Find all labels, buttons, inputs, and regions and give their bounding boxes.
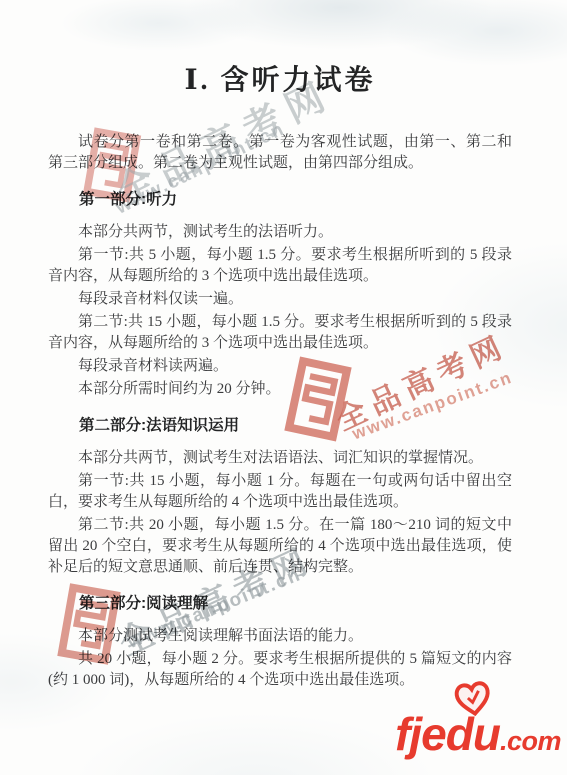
doc-paragraph: 每段录音材料仅读一遍。: [48, 289, 512, 310]
document-content: Ⅰ. 含听力试卷 试卷分第一卷和第二卷。第一卷为客观性试题，由第一、第二和第三部…: [0, 0, 567, 691]
doc-paragraph: 第一节:共 5 小题，每小题 1.5 分。要求考生根据所听到的 5 段录音内容，…: [48, 245, 512, 287]
doc-paragraph: 第二节:共 20 小题，每小题 1.5 分。在一篇 180～210 词的短文中留…: [48, 515, 512, 578]
fjedu-logo: fjedu.com: [395, 707, 561, 761]
doc-paragraph: 本部分共两节，测试考生的法语听力。: [48, 222, 512, 243]
doc-paragraph: 共 20 小题，每小题 2 分。要求考生根据所提供的 5 篇短文的内容(约 1 …: [48, 649, 512, 691]
doc-paragraph: 每段录音材料读两遍。: [48, 356, 512, 377]
doc-paragraph: 第一节:共 15 小题，每小题 1 分。每题在一句或两句话中留出空白，要求考生从…: [48, 471, 512, 513]
scanned-document-page: Ⅰ. 含听力试卷 试卷分第一卷和第二卷。第一卷为客观性试题，由第一、第二和第三部…: [0, 0, 567, 775]
doc-paragraph: 试卷分第一卷和第二卷。第一卷为客观性试题，由第一、第二和第三部分组成。第二卷为主…: [48, 132, 512, 174]
heart-icon: [451, 678, 496, 719]
doc-paragraph: 第二节:共 15 小题，每小题 1.5 分。要求考生根据所听到的 5 段录音内容…: [48, 312, 512, 354]
doc-paragraph: 本部分共两节，测试考生对法语语法、词汇知识的掌握情况。: [48, 448, 512, 469]
doc-paragraph: 本部分所需时间约为 20 分钟。: [48, 379, 512, 400]
section-heading-part-2: 第二部分:法语知识运用: [48, 415, 512, 436]
doc-paragraph: 本部分测试考生阅读理解书面法语的能力。: [48, 626, 512, 647]
page-title: Ⅰ. 含听力试卷: [48, 64, 512, 98]
section-heading-part-3: 第三部分:阅读理解: [48, 593, 512, 614]
section-heading-part-1: 第一部分:听力: [48, 189, 512, 210]
fjedu-logo-tld: .com: [500, 726, 561, 756]
fjedu-logo-text: fjedu: [395, 708, 500, 760]
